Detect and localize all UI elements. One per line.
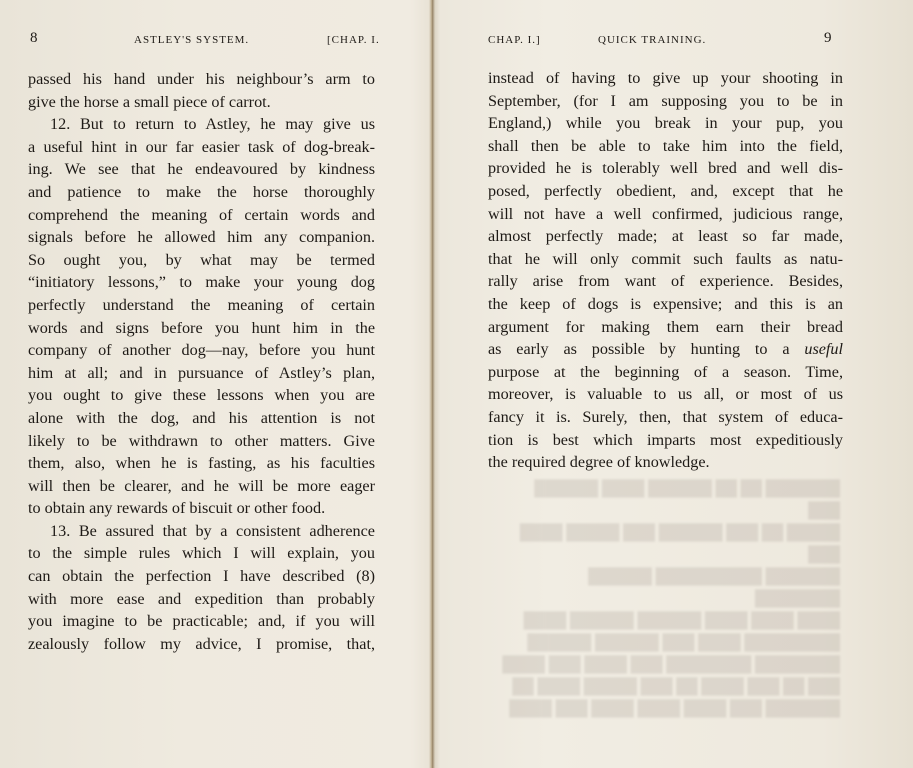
text-line: you imagine to be practicable; and, if y…	[28, 610, 375, 633]
text-line: will then be clearer, and he will be mor…	[28, 475, 375, 498]
text-line: provided he is tolerably well bred and w…	[488, 157, 843, 180]
text-line: zealously follow my advice, I promise, t…	[28, 633, 375, 656]
left-page: 8 ASTLEY'S SYSTEM. [CHAP. I. passed his …	[0, 0, 432, 768]
text-line: passed his hand under his neighbour’s ar…	[28, 68, 375, 91]
text-line: posed, perfectly obedient, and, except t…	[488, 180, 843, 203]
text-line: almost perfectly made; at least so far m…	[488, 225, 843, 248]
text-line: as early as possible by hunting to a use…	[488, 338, 843, 361]
bleed-through-text: ███████ ██ ██ ██████ ████ ██████ ███ ███…	[500, 478, 840, 658]
page-number: 9	[824, 30, 832, 47]
text-line: give the horse a small piece of carrot.	[28, 91, 375, 114]
text-line: 12. But to return to Astley, he may give…	[28, 113, 375, 136]
running-head: ASTLEY'S SYSTEM.	[134, 34, 249, 50]
text-line: purpose at the beginning of a season. Ti…	[488, 361, 843, 384]
text-line: moreover, is valuable to us all, or most…	[488, 383, 843, 406]
text-line: him at all; and in pursuance of Astley’s…	[28, 362, 375, 385]
book-spread: 8 ASTLEY'S SYSTEM. [CHAP. I. passed his …	[0, 0, 913, 768]
text-line: alone with the dog, and his attention is…	[28, 407, 375, 430]
text-line: comprehend the meaning of certain words …	[28, 204, 375, 227]
text-line: argument for making them earn their brea…	[488, 316, 843, 339]
text-line: and patience to make the horse thoroughl…	[28, 181, 375, 204]
chapter-label: CHAP. I.]	[488, 34, 541, 50]
text-line: England,) while you break in your pup, y…	[488, 112, 843, 135]
text-line: tion is best which imparts most expediti…	[488, 429, 843, 452]
body-text: instead of having to give up your shooti…	[488, 67, 843, 474]
running-head: QUICK TRAINING.	[598, 34, 706, 50]
text-line: instead of having to give up your shooti…	[488, 67, 843, 90]
text-line: company of another dog—nay, before you h…	[28, 339, 375, 362]
body-text: passed his hand under his neighbour’s ar…	[28, 68, 375, 655]
text-line: will not have a well confirmed, judiciou…	[488, 203, 843, 226]
text-line: can obtain the perfection I have describ…	[28, 565, 375, 588]
text-line: you ought to give these lessons when you…	[28, 384, 375, 407]
text-line: “initiatory lessons,” to make your young…	[28, 271, 375, 294]
text-line: So ought you, by what may be termed	[28, 249, 375, 272]
text-line: with more ease and expedition than proba…	[28, 588, 375, 611]
text-line: perfectly understand the meaning of cert…	[28, 294, 375, 317]
text-line: shall then be able to take him into the …	[488, 135, 843, 158]
text-line: that he will only commit such faults as …	[488, 248, 843, 271]
text-line: rally arise from want of experience. Bes…	[488, 270, 843, 293]
text-line: to obtain any rewards of biscuit or othe…	[28, 497, 375, 520]
text-line: signals before he allowed him any compan…	[28, 226, 375, 249]
text-line: them, also, when he is fasting, as his f…	[28, 452, 375, 475]
text-line: 13. Be assured that by a consistent adhe…	[28, 520, 375, 543]
text-line: fancy it is. Surely, then, that system o…	[488, 406, 843, 429]
text-line: ing. We see that he endeavoured by kindn…	[28, 158, 375, 181]
chapter-label: [CHAP. I.	[327, 34, 380, 50]
text-line: to the simple rules which I will explain…	[28, 542, 375, 565]
text-line: the required degree of knowledge.	[488, 451, 843, 474]
text-line: words and signs before you hunt him in t…	[28, 317, 375, 340]
text-line: September, (for I am supposing you to be…	[488, 90, 843, 113]
text-line: likely to be withdrawn to other matters.…	[28, 430, 375, 453]
text-line: the keep of dogs is expensive; and this …	[488, 293, 843, 316]
page-number: 8	[30, 30, 38, 47]
text-line: a useful hint in our far easier task of …	[28, 136, 375, 159]
